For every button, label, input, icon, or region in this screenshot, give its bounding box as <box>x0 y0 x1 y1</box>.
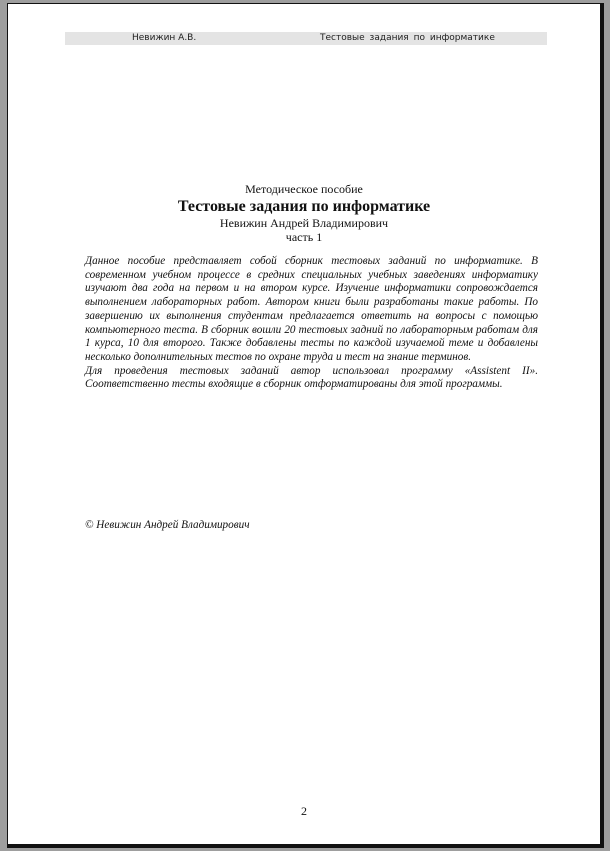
header-author: Невижин А.В. <box>132 32 196 45</box>
copyright-notice: © Невижин Андрей Владимирович <box>85 519 250 531</box>
document-author: Невижин Андрей Владимирович <box>8 216 600 230</box>
document-kind: Методическое пособие <box>8 182 600 197</box>
document-part: часть 1 <box>8 230 600 245</box>
document-title: Тестовые задания по информатике <box>8 197 600 216</box>
document-page: Невижин А.В. Тестовые задания по информа… <box>7 3 604 848</box>
page-number: 2 <box>8 804 600 819</box>
header-title: Тестовые задания по информатике <box>320 32 495 45</box>
title-block: Методическое пособие Тестовые задания по… <box>8 182 600 245</box>
abstract: Данное пособие представляет собой сборни… <box>85 255 538 392</box>
running-header: Невижин А.В. Тестовые задания по информа… <box>65 32 547 45</box>
abstract-paragraph: Для проведения тестовых заданий автор ис… <box>85 365 538 392</box>
abstract-paragraph: Данное пособие представляет собой сборни… <box>85 255 538 365</box>
